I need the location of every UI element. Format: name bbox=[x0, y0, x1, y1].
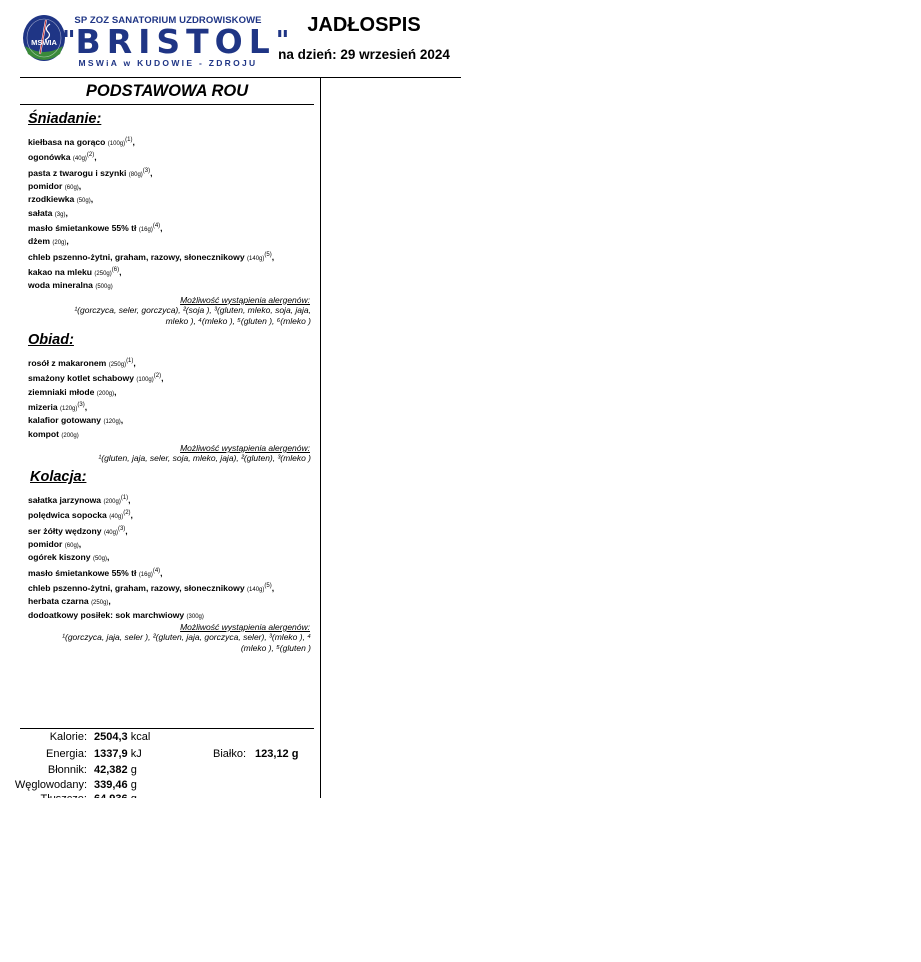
menu-item: smażony kotlet schabowy (100g)(2), bbox=[28, 371, 314, 386]
mswia-logo-icon: MSWIA bbox=[22, 14, 66, 62]
menu-item: sałata (3g), bbox=[28, 208, 314, 221]
meal-section-lunch: Obiad: rosół z makaronem (250g)(1),smażo… bbox=[28, 332, 314, 465]
menu-item: kalafior gotowany (120g), bbox=[28, 415, 314, 428]
brand-bottom-text: MSWiA w KUDOWIE - ZDROJU bbox=[62, 58, 274, 68]
allergen-list: ¹(gorczyca, jaja, seler ), ²(gluten, jaj… bbox=[28, 632, 314, 655]
allergen-heading: Możliwość wystąpienia alergenów: bbox=[28, 295, 314, 305]
meal-items: rosół z makaronem (250g)(1),smażony kotl… bbox=[28, 356, 314, 442]
meal-title: Obiad: bbox=[28, 332, 314, 348]
menu-item: kiełbasa na gorąco (100g)(1), bbox=[28, 135, 314, 150]
menu-item: ziemniaki młode (200g), bbox=[28, 387, 314, 400]
meal-section-breakfast: Śniadanie: kiełbasa na gorąco (100g)(1),… bbox=[28, 111, 314, 328]
allergen-list: ¹(gluten, jaja, seler, soja, mleko, jaja… bbox=[28, 453, 314, 465]
menu-item: pomidor (60g), bbox=[28, 539, 314, 552]
nutrition-calories: Kalorie:2504,3 kcal bbox=[10, 730, 150, 746]
menu-item: rosół z makaronem (250g)(1), bbox=[28, 356, 314, 371]
menu-item: kakao na mleku (250g)(6), bbox=[28, 265, 314, 280]
meal-items: kiełbasa na gorąco (100g)(1),ogonówka (4… bbox=[28, 135, 314, 294]
column-divider bbox=[320, 78, 321, 798]
menu-item: herbata czarna (250g), bbox=[28, 596, 314, 609]
nutrition-fiber: Błonnik:42,382 g bbox=[10, 763, 137, 779]
nutrition-fat: Tłuszcze:64,936 g bbox=[10, 792, 137, 798]
allergen-line: mleko ), ⁴(mleko ), ⁵(gluten ), ⁶(mleko … bbox=[28, 316, 311, 328]
meal-section-dinner: Kolacja: sałatka jarzynowa (200g)(1),pol… bbox=[28, 469, 314, 655]
allergen-heading: Możliwość wystąpienia alergenów: bbox=[28, 443, 314, 453]
nutrition-summary: Kalorie:2504,3 kcal Energia:1337,9 kJ Bi… bbox=[0, 727, 330, 798]
allergen-line: (mleko ), ⁵(gluten ) bbox=[28, 643, 311, 655]
divider bbox=[20, 104, 314, 105]
nutrition-protein: Białko:123,12 g bbox=[213, 747, 298, 763]
menu-item: polędwica sopocka (40g)(2), bbox=[28, 508, 314, 523]
allergen-list: ¹(gorczyca, seler, gorczyca), ²(soja ), … bbox=[28, 305, 314, 328]
page-title: JADŁOSPIS bbox=[278, 14, 450, 37]
nutrition-energy: Energia:1337,9 kJ bbox=[10, 747, 142, 763]
brand-name: "BRISTOL" bbox=[62, 26, 274, 57]
meal-title: Kolacja: bbox=[30, 469, 314, 485]
menu-item: chleb pszenno-żytni, graham, razowy, sło… bbox=[28, 581, 314, 596]
menu-date: na dzień: 29 wrzesień 2024 bbox=[278, 47, 450, 62]
menu-item: mizeria (120g)(3), bbox=[28, 400, 314, 415]
allergen-heading: Możliwość wystąpienia alergenów: bbox=[28, 622, 314, 632]
meal-title: Śniadanie: bbox=[28, 111, 314, 127]
diet-heading: PODSTAWOWA ROU bbox=[20, 82, 314, 101]
menu-item: dżem (20g), bbox=[28, 236, 314, 249]
divider bbox=[20, 77, 461, 78]
menu-item: woda mineralna (500g) bbox=[28, 280, 314, 293]
menu-item: sałatka jarzynowa (200g)(1), bbox=[28, 493, 314, 508]
menu-title-block: JADŁOSPIS na dzień: 29 wrzesień 2024 bbox=[278, 14, 450, 62]
menu-item: ogonówka (40g)(2), bbox=[28, 150, 314, 165]
allergen-line: ¹(gluten, jaja, seler, soja, mleko, jaja… bbox=[28, 453, 311, 465]
menu-item: chleb pszenno-żytni, graham, razowy, sło… bbox=[28, 250, 314, 265]
menu-item: pasta z twarogu i szynki (80g)(3), bbox=[28, 166, 314, 181]
menu-item: masło śmietankowe 55% tł (16g)(4), bbox=[28, 566, 314, 581]
meal-items: sałatka jarzynowa (200g)(1),polędwica so… bbox=[28, 493, 314, 623]
allergen-line: ¹(gorczyca, seler, gorczyca), ²(soja ), … bbox=[28, 305, 311, 317]
menu-item: rzodkiewka (50g), bbox=[28, 194, 314, 207]
menu-item: masło śmietankowe 55% tł (16g)(4), bbox=[28, 221, 314, 236]
menu-item: ogórek kiszony (50g), bbox=[28, 552, 314, 565]
brand-block: SP ZOZ SANATORIUM UZDROWISKOWE "BRISTOL"… bbox=[62, 15, 274, 68]
svg-text:MSWIA: MSWIA bbox=[31, 38, 57, 47]
menu-item: pomidor (60g), bbox=[28, 181, 314, 194]
menu-item: kompot (200g) bbox=[28, 429, 314, 442]
allergen-line: ¹(gorczyca, jaja, seler ), ²(gluten, jaj… bbox=[28, 632, 311, 644]
menu-item: ser żółty wędzony (40g)(3), bbox=[28, 524, 314, 539]
menu-item: dodoatkowy posiłek: sok marchwiowy (300g… bbox=[28, 610, 314, 623]
